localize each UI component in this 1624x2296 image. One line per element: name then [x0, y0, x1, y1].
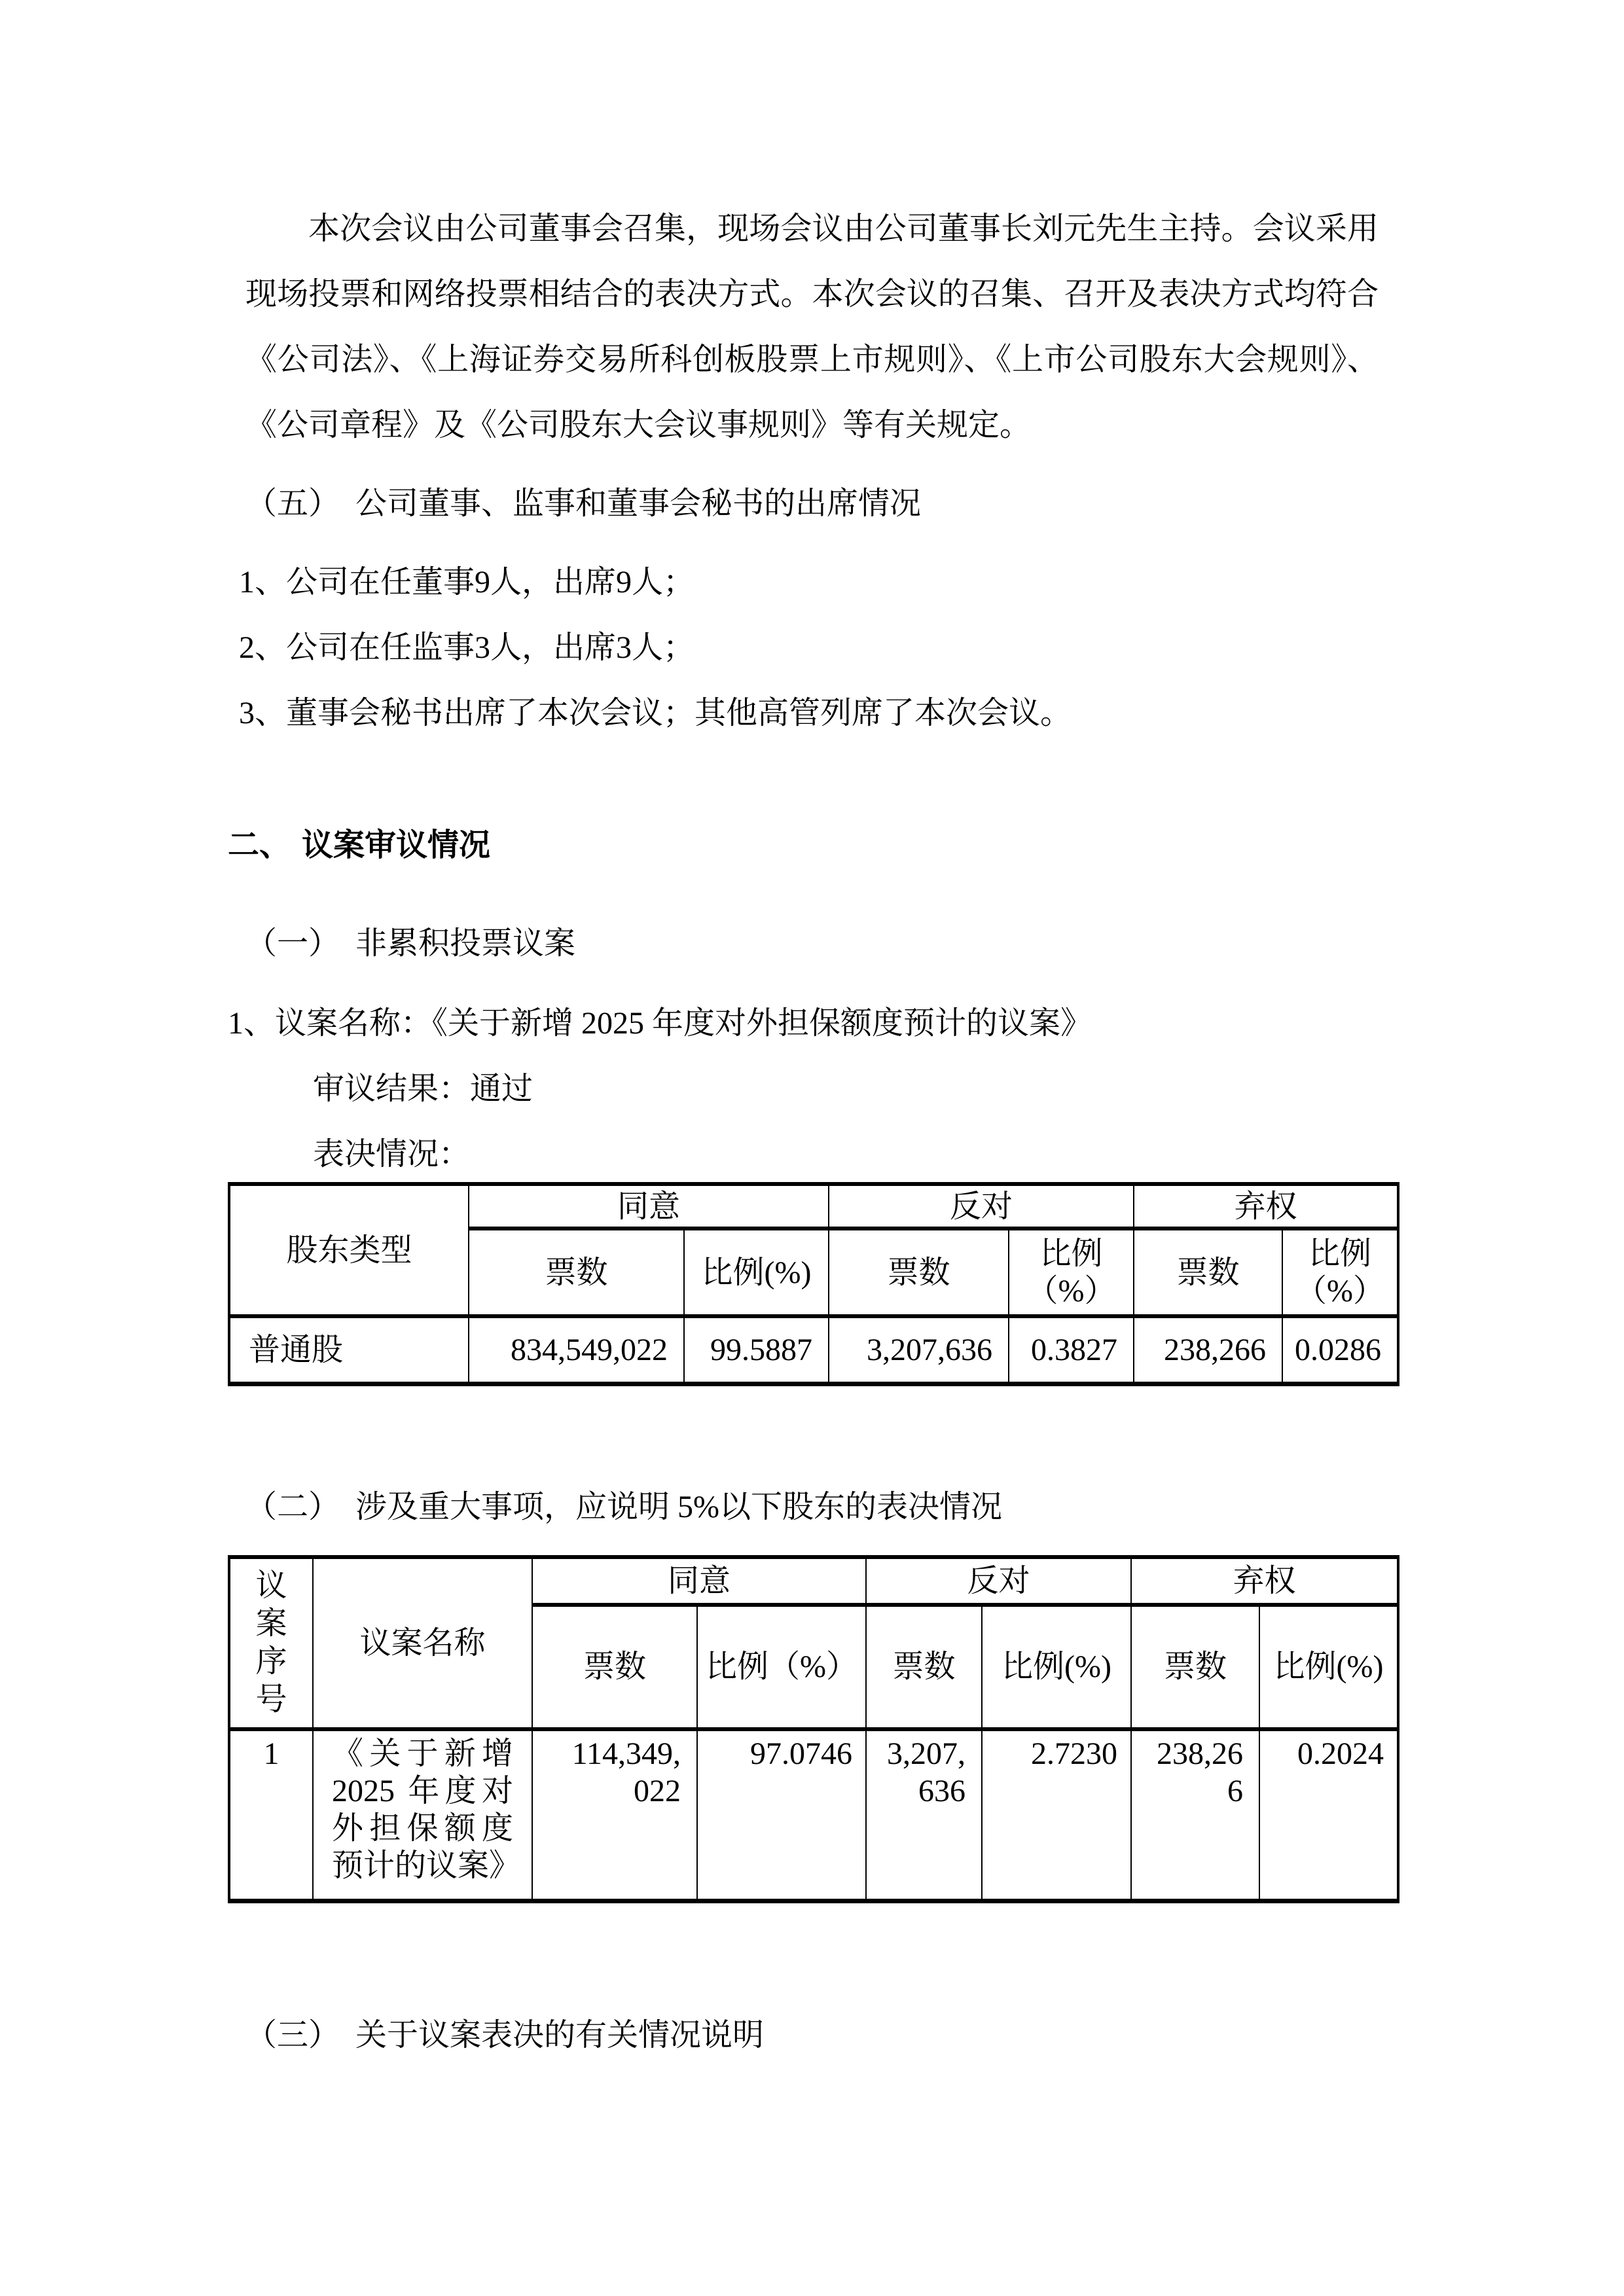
table2-cell-seq: 1 [229, 1729, 313, 1901]
attendance-item-1: 1、公司在任董事9人，出席9人； [239, 550, 1396, 615]
table1-header-stock-type: 股东类型 [229, 1184, 469, 1316]
table1-header-abstain-votes: 票数 [1134, 1229, 1282, 1316]
attendance-item-2: 2、公司在任监事3人，出席3人； [239, 615, 1396, 681]
table1-against-ratio-line1: 比例 [1009, 1235, 1133, 1272]
table1-header-agree-votes: 票数 [469, 1229, 684, 1316]
table1-header-agree: 同意 [469, 1184, 829, 1229]
table1-header-agree-ratio: 比例(%) [684, 1229, 829, 1316]
table2-cell-against-votes: 3,207,636 [866, 1729, 982, 1901]
table2-header-proposal-name: 议案名称 [313, 1557, 532, 1729]
attendance-item-3: 3、董事会秘书出席了本次会议；其他高管列席了本次会议。 [239, 681, 1396, 746]
table1-header-row-1: 股东类型 同意 反对 弃权 [229, 1184, 1398, 1229]
table2-cell-abstain-votes: 238,266 [1131, 1729, 1259, 1901]
table2-header-against-ratio: 比例(%) [982, 1605, 1131, 1729]
table1-cell-stock-type: 普通股 [229, 1316, 469, 1384]
document-page: 本次会议由公司董事会召集，现场会议由公司董事长刘元先生主持。会议采用现场投票和网… [0, 0, 1624, 2296]
table1-cell-abstain-votes: 238,266 [1134, 1316, 1282, 1384]
table1-abstain-ratio-line1: 比例 [1283, 1235, 1397, 1272]
subsection-1-heading: （一） 非累积投票议案 [245, 911, 1396, 977]
table2-header-against: 反对 [866, 1557, 1131, 1605]
table2-data-row-proposal-1: 1 《关于新增 2025 年度对外担保额度预计的议案》 114,349,022 … [229, 1729, 1398, 1901]
table2-header-abstain: 弃权 [1131, 1557, 1398, 1605]
section-2-heading: 二、议案审议情况 [228, 813, 1396, 878]
table1-cell-abstain-ratio: 0.0286 [1282, 1316, 1398, 1384]
table2-header-abstain-votes: 票数 [1131, 1605, 1259, 1729]
table1-header-abstain-ratio: 比例（%） [1282, 1229, 1398, 1316]
section-5-heading: （五） 公司董事、监事和董事会秘书的出席情况 [245, 471, 1396, 537]
table2-cell-agree-ratio: 97.0746 [697, 1729, 866, 1901]
meeting-convening-paragraph: 本次会议由公司董事会召集，现场会议由公司董事长刘元先生主持。会议采用现场投票和网… [245, 196, 1379, 458]
section-2-number: 二、 [228, 828, 291, 863]
table2-header-agree: 同意 [532, 1557, 866, 1605]
table1-cell-agree-votes: 834,549,022 [469, 1316, 684, 1384]
subsection-3-heading: （三） 关于议案表决的有关情况说明 [245, 2003, 1396, 2068]
table2-header-proposal-seq: 议案序号 [229, 1557, 313, 1729]
table1-data-row-ordinary-shares: 普通股 834,549,022 99.5887 3,207,636 0.3827… [229, 1316, 1398, 1384]
table2-cell-against-ratio: 2.7230 [982, 1729, 1131, 1901]
table1-abstain-ratio-line2: （%） [1283, 1272, 1397, 1310]
table1-header-against-ratio: 比例（%） [1009, 1229, 1134, 1316]
table2-header-against-votes: 票数 [866, 1605, 982, 1729]
table1-header-against-votes: 票数 [829, 1229, 1009, 1316]
table2-header-abstain-ratio: 比例(%) [1259, 1605, 1398, 1729]
table2-cell-abstain-ratio: 0.2024 [1259, 1729, 1398, 1901]
table2-header-agree-votes: 票数 [532, 1605, 697, 1729]
table2-cell-agree-votes: 114,349,022 [532, 1729, 697, 1901]
table1-header-against: 反对 [829, 1184, 1134, 1229]
table2-header-row-1: 议案序号 议案名称 同意 反对 弃权 [229, 1557, 1398, 1605]
table1-cell-agree-ratio: 99.5887 [684, 1316, 829, 1384]
proposal-name-line: 1、议案名称：《关于新增 2025 年度对外担保额度预计的议案》 [228, 991, 1396, 1056]
vote-result-table-minor-shareholders: 议案序号 议案名称 同意 反对 弃权 票数 比例（%） 票数 比例(%) 票数 … [228, 1555, 1399, 1904]
review-result-line: 审议结果：通过 [228, 1056, 1396, 1122]
table2-cell-proposal-name: 《关于新增 2025 年度对外担保额度预计的议案》 [313, 1729, 532, 1901]
table2-proposal-seq-vertical-text: 议案序号 [256, 1567, 287, 1719]
table1-against-ratio-line2: （%） [1009, 1272, 1133, 1310]
vote-situation-caption: 表决情况： [228, 1122, 1396, 1187]
section-2-title: 议案审议情况 [302, 828, 490, 863]
vote-result-table-by-shareholder-type: 股东类型 同意 反对 弃权 票数 比例(%) 票数 比例（%） 票数 比例（%）… [228, 1182, 1399, 1386]
table2-header-agree-ratio: 比例（%） [697, 1605, 866, 1729]
table1-cell-against-ratio: 0.3827 [1009, 1316, 1134, 1384]
table1-header-abstain: 弃权 [1134, 1184, 1398, 1229]
table1-cell-against-votes: 3,207,636 [829, 1316, 1009, 1384]
subsection-2-heading: （二） 涉及重大事项，应说明 5%以下股东的表决情况 [245, 1475, 1396, 1540]
